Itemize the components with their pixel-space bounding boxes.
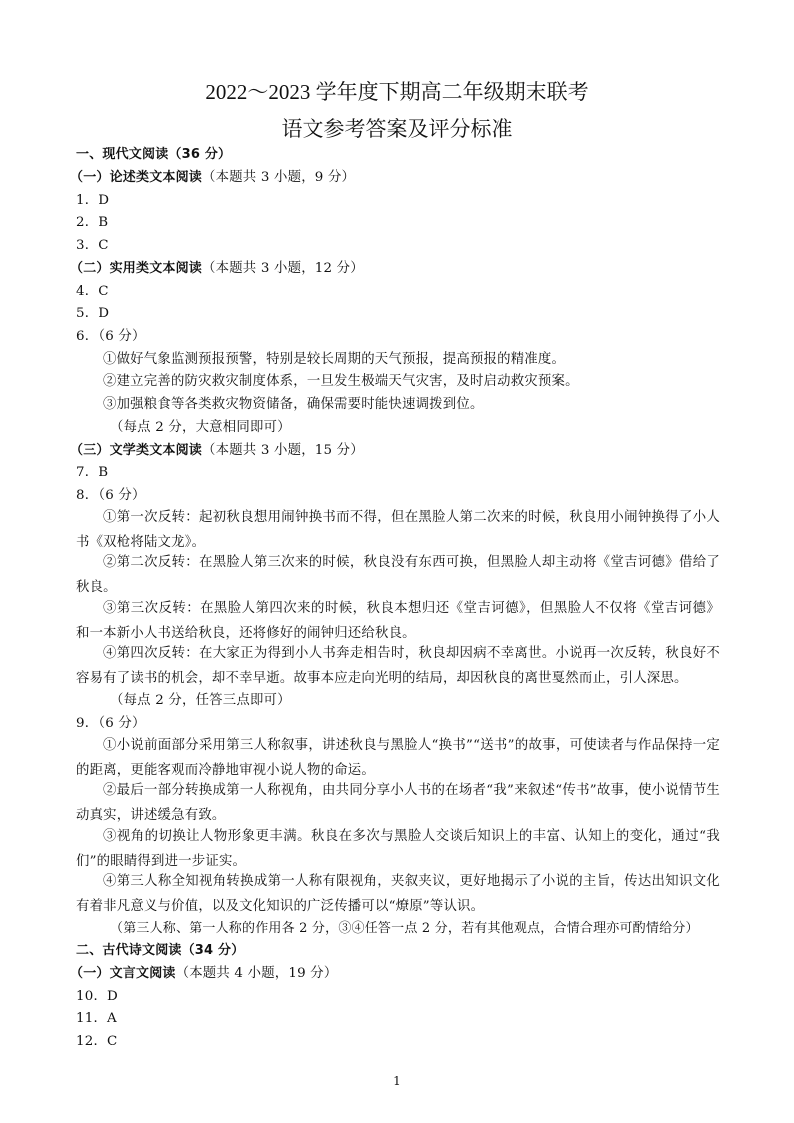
answer-12: 12．C <box>76 1033 720 1051</box>
page-number: 1 <box>0 1074 794 1088</box>
section-heading-modern-reading: 一、现代文阅读（36 分） <box>76 146 720 164</box>
answer-key-page: 2022～2023 学年度下期高二年级期末联考 语文参考答案及评分标准 一、现代… <box>0 0 794 1123</box>
question-9-head: 9．（6 分） <box>76 715 720 733</box>
part-note: （本题共 3 小题，15 分） <box>202 443 364 458</box>
q6-point-1: ①做好气象监测预报预警，特别是较长周期的天气预报，提高预报的精准度。 <box>103 351 747 369</box>
part-note: （本题共 4 小题，19 分） <box>176 966 338 981</box>
q8-point-4: ④第四次反转：在大家正为得到小人书奔走相告时，秋良却因病不幸离世。小说再一次反转… <box>76 642 720 691</box>
part-label: （一）论述类文本阅读 <box>70 170 202 185</box>
document-subtitle: 语文参考答案及评分标准 <box>0 113 794 143</box>
section-heading-classical-reading: 二、古代诗文阅读（34 分） <box>76 942 720 960</box>
part-note: （本题共 3 小题，9 分） <box>202 170 355 185</box>
answer-4: 4．C <box>76 283 720 301</box>
part-label: （一）文言文阅读 <box>70 966 176 981</box>
part-heading-argumentative: （一）论述类文本阅读（本题共 3 小题，9 分） <box>70 169 714 187</box>
document-title: 2022～2023 学年度下期高二年级期末联考 <box>0 76 794 106</box>
q8-scoring-note: （每点 2 分，任答三点即可） <box>110 692 754 710</box>
q9-point-2: ②最后一部分转换成第一人称视角，由共同分享小人书的在场者“我”来叙述“传书”故事… <box>76 779 720 828</box>
question-8-head: 8．（6 分） <box>76 487 720 505</box>
part-heading-literary: （三）文学类文本阅读（本题共 3 小题，15 分） <box>70 442 714 460</box>
answer-3: 3．C <box>76 237 720 255</box>
answer-10: 10．D <box>76 988 720 1006</box>
part-label: （二）实用类文本阅读 <box>70 261 202 276</box>
q8-point-1: ①第一次反转：起初秋良想用闹钟换书而不得，但在黑脸人第二次来的时候，秋良用小闹钟… <box>76 506 720 555</box>
part-note: （本题共 3 小题，12 分） <box>202 261 364 276</box>
answer-5: 5．D <box>76 305 720 323</box>
q6-point-2: ②建立完善的防灾救灾制度体系，一旦发生极端天气灾害，及时启动救灾预案。 <box>103 373 747 391</box>
answer-1: 1．D <box>76 192 720 210</box>
q9-point-3: ③视角的切换让人物形象更丰满。秋良在多次与黑脸人交谈后知识上的丰富、认知上的变化… <box>76 825 720 874</box>
answer-11: 11．A <box>76 1010 720 1028</box>
part-label: （三）文学类文本阅读 <box>70 443 202 458</box>
question-6-head: 6．（6 分） <box>76 328 720 346</box>
answer-7: 7．B <box>76 464 720 482</box>
q9-point-1: ①小说前面部分采用第三人称叙事，讲述秋良与黑脸人“换书”“送书”的故事，可使读者… <box>76 734 720 783</box>
q8-point-3: ③第三次反转：在黑脸人第四次来的时候，秋良本想归还《堂吉诃德》，但黑脸人不仅将《… <box>76 597 720 646</box>
q9-scoring-note: （第三人称、第一人称的作用各 2 分，③④任答一点 2 分，若有其他观点，合情合… <box>110 920 754 938</box>
q6-point-3: ③加强粮食等各类救灾物资储备，确保需要时能快速调拨到位。 <box>103 396 747 414</box>
q8-point-2: ②第二次反转：在黑脸人第三次来的时候，秋良没有东西可换，但黑脸人却主动将《堂吉诃… <box>76 551 720 600</box>
answer-2: 2．B <box>76 214 720 232</box>
q9-point-4: ④第三人称全知视角转换成第一人称有限视角，夹叙夹议，更好地揭示了小说的主旨，传达… <box>76 870 720 919</box>
part-heading-classical-prose: （一）文言文阅读（本题共 4 小题，19 分） <box>70 965 714 983</box>
q6-scoring-note: （每点 2 分，大意相同即可） <box>110 419 754 437</box>
part-heading-practical: （二）实用类文本阅读（本题共 3 小题，12 分） <box>70 260 714 278</box>
